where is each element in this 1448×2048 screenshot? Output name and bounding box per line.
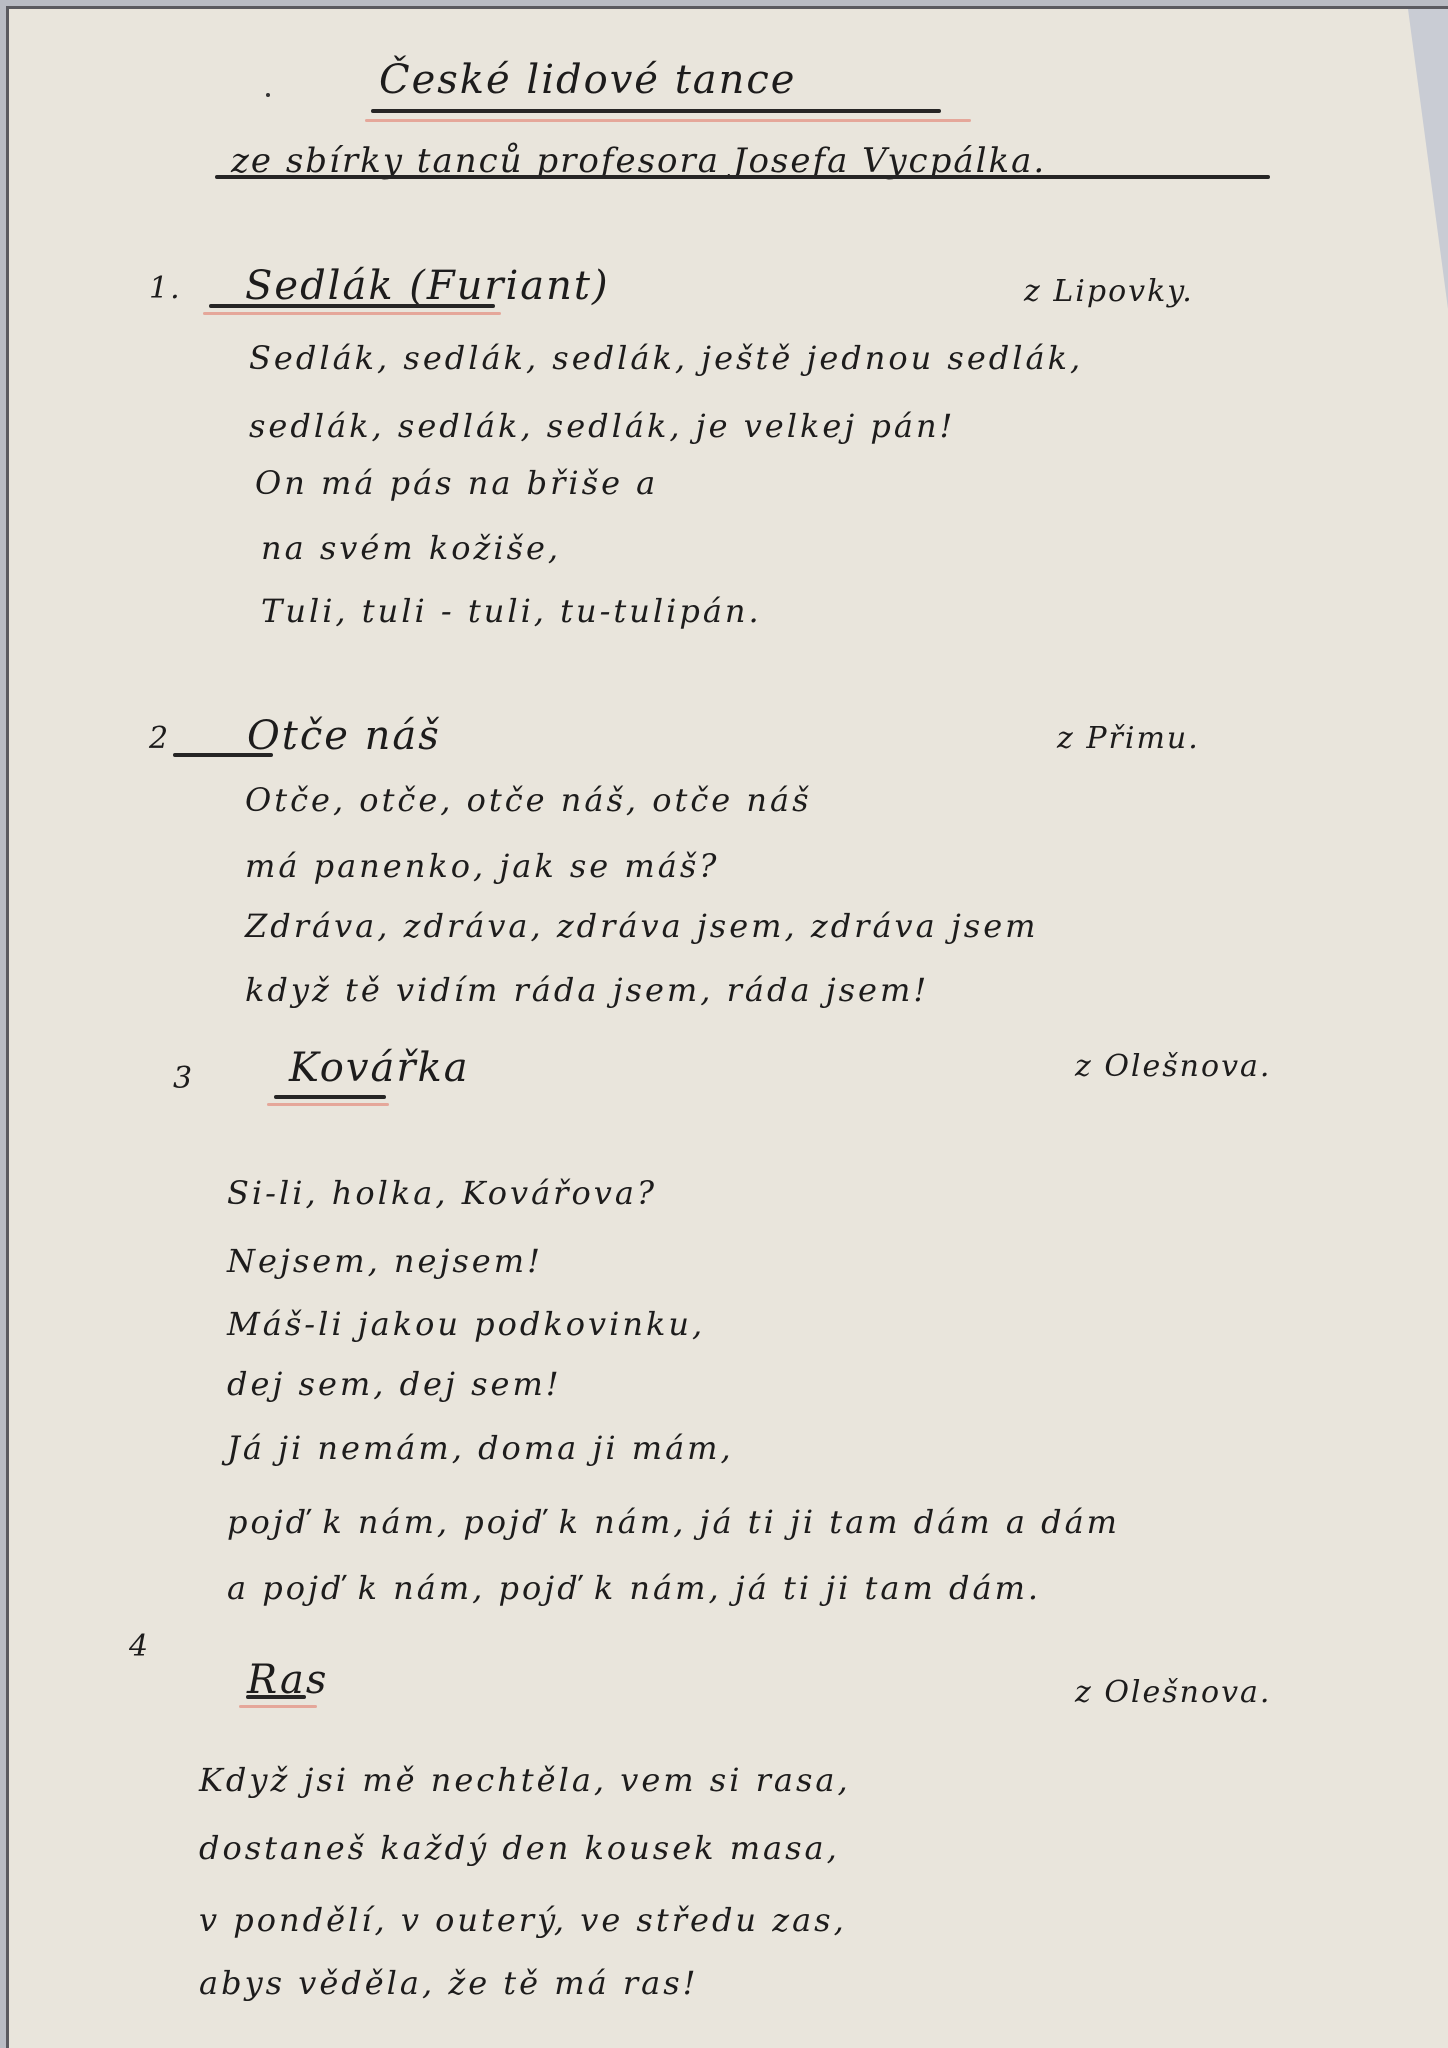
ink-dot (266, 93, 270, 97)
lyric-line: pojď k nám, pojď k nám, já ti ji tam dám… (227, 1503, 1120, 1541)
dance-name-underline (246, 1695, 306, 1699)
lyric-line: v pondělí, v outerý, ve středu zas, (199, 1901, 847, 1939)
lyric-line: dostaneš každý den kousek masa, (199, 1829, 840, 1867)
lyric-line: dej sem, dej sem! (227, 1365, 562, 1403)
dance-name: Kovářka (289, 1045, 470, 1091)
lyric-line: Zdráva, zdráva, zdráva jsem, zdráva jsem (245, 907, 1039, 945)
subtitle-underline (215, 175, 1270, 179)
lyric-line: Sedlák, sedlák, sedlák, ještě jednou sed… (249, 339, 1083, 377)
lyric-line: Nejsem, nejsem! (227, 1242, 543, 1280)
page-curl (1408, 9, 1448, 309)
dance-name-underline-stub (173, 753, 273, 757)
lyric-line: Si-li, holka, Kovářova? (227, 1174, 657, 1212)
lyric-line: abys věděla, že tě má ras! (199, 1964, 699, 2002)
dance-number: 1. (149, 271, 182, 306)
dance-name-underline-red (239, 1705, 317, 1708)
dance-name-underline (274, 1095, 386, 1099)
lyric-line: Tuli, tuli - tuli, tu-tulipán. (261, 592, 762, 630)
lyric-line: Otče, otče, otče náš, otče náš (245, 781, 812, 819)
lyric-line: když tě vidím ráda jsem, ráda jsem! (245, 971, 929, 1009)
title-underline (371, 109, 941, 113)
dance-number: 3 (173, 1061, 194, 1096)
dance-origin: z Olešnova. (1075, 1049, 1271, 1084)
dance-origin: z Olešnova. (1075, 1675, 1271, 1710)
dance-origin: z Lipovky. (1024, 274, 1194, 309)
lyric-line: sedlák, sedlák, sedlák, je velkej pán! (249, 407, 955, 445)
lyric-line: na svém kožiše, (261, 529, 561, 567)
dance-origin: z Přimu. (1057, 721, 1200, 756)
lyric-line: Máš-li jakou podkovinku, (227, 1305, 705, 1343)
lyric-line: Já ji nemám, doma ji mám, (227, 1429, 734, 1467)
lyric-line: má panenko, jak se máš? (245, 847, 719, 885)
dance-name: Sedlák (Furiant) (245, 263, 610, 309)
dance-name: Otče náš (247, 713, 441, 759)
dance-number: 2 (149, 721, 170, 756)
dance-number: 4 (129, 1629, 150, 1664)
title-underline-red (365, 119, 971, 122)
lyric-line: a pojď k nám, pojď k nám, já ti ji tam d… (227, 1569, 1041, 1607)
manuscript-page: České lidové tance ze sbírky tanců profe… (6, 6, 1448, 2048)
lyric-line: Když jsi mě nechtěla, vem si rasa, (199, 1761, 851, 1799)
dance-name-underline (209, 304, 495, 308)
lyric-line: On má pás na břiše a (255, 464, 658, 502)
document-title: České lidové tance (379, 57, 796, 103)
dance-name-underline-red (203, 312, 501, 315)
dance-name-underline-red (267, 1103, 389, 1106)
